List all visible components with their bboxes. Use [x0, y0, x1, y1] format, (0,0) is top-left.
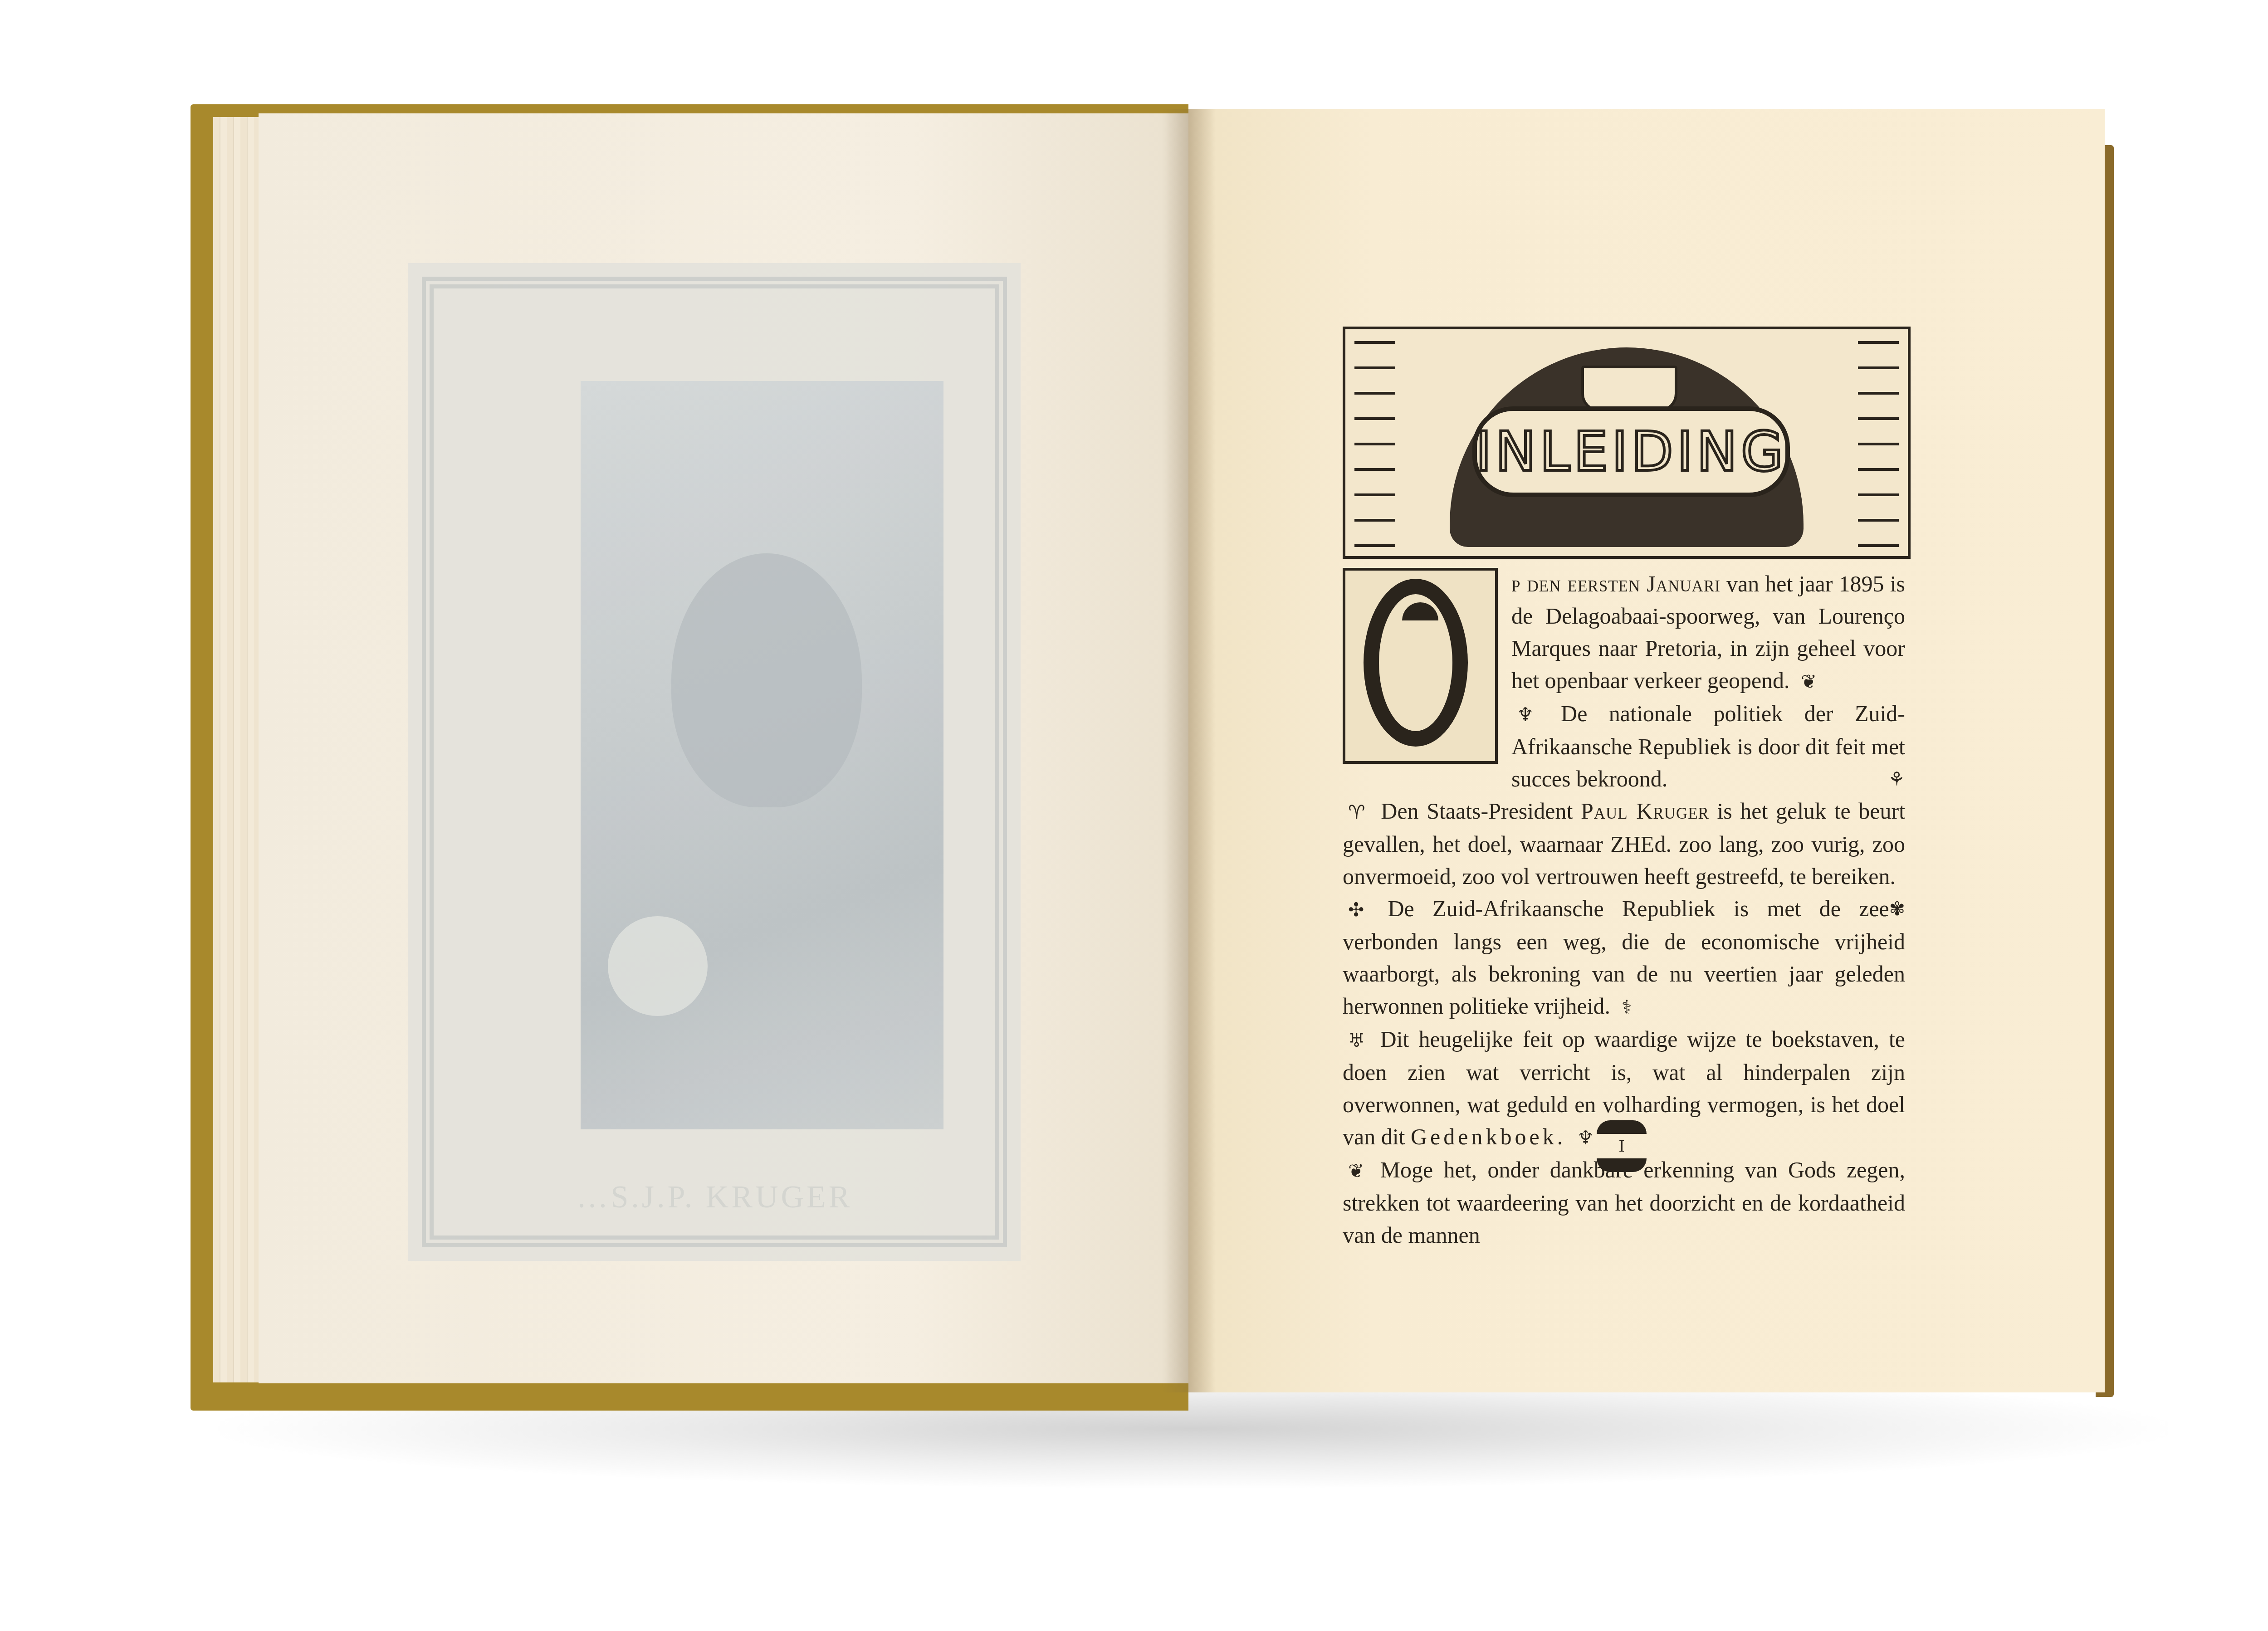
dropcap-o: [1343, 568, 1498, 764]
page-number-ornament: I: [1597, 1120, 1647, 1172]
headpiece-ornament: INLEIDING: [1343, 327, 1911, 559]
portrait-hand: [608, 916, 708, 1016]
chapter-title: INLEIDING: [1476, 420, 1787, 483]
portrait-caption-uncertain: …S.J.P. KRUGER: [408, 1179, 1021, 1216]
fleuron-icon: ✾: [1889, 893, 1905, 925]
portrait-image: [581, 381, 943, 1129]
fleuron-icon: ♆: [1517, 703, 1534, 726]
paragraph-1: p den eersten Januari van het jaar 1895 …: [1511, 568, 1905, 698]
paragraph-4: ✣ De Zuid-Afrikaansche Republiek is met …: [1343, 893, 1905, 1023]
title-banner: INLEIDING: [1472, 406, 1790, 497]
page-edges: [213, 117, 263, 1382]
fleuron-icon: ♆: [1577, 1127, 1594, 1149]
chapter-text-block: INLEIDING p den eersten Januari van het …: [1343, 327, 1905, 1251]
paragraph-3: ♈ Den Staats-President Paul Kruger is he…: [1343, 795, 1905, 893]
page-number: I: [1597, 1134, 1647, 1158]
tissue-covered-portrait-plate: …S.J.P. KRUGER: [408, 263, 1021, 1261]
pillar-ornament-left: [1354, 338, 1395, 547]
fleuron-icon: ♈: [1348, 801, 1368, 823]
fleuron-icon: ❦: [1348, 1160, 1364, 1182]
fleuron-icon: ✣: [1348, 899, 1364, 921]
fleuron-icon: ⚘: [1888, 763, 1905, 795]
pillar-ornament-right: [1858, 338, 1899, 547]
fleuron-icon: ❦: [1801, 670, 1817, 693]
paragraph-2: ♆ De nationale politiek der Zuid-Afrikaa…: [1511, 698, 1905, 795]
ornament-top-icon: [1597, 1120, 1647, 1134]
fleuron-icon: ♅: [1348, 1029, 1365, 1051]
book-gutter: [1161, 109, 1216, 1392]
opening-section: p den eersten Januari van het jaar 1895 …: [1343, 568, 1905, 795]
open-book-icon: [1581, 366, 1677, 412]
portrait-head: [671, 553, 862, 807]
ornament-bottom-icon: [1597, 1158, 1647, 1172]
fleuron-icon: ⚕: [1622, 996, 1632, 1018]
